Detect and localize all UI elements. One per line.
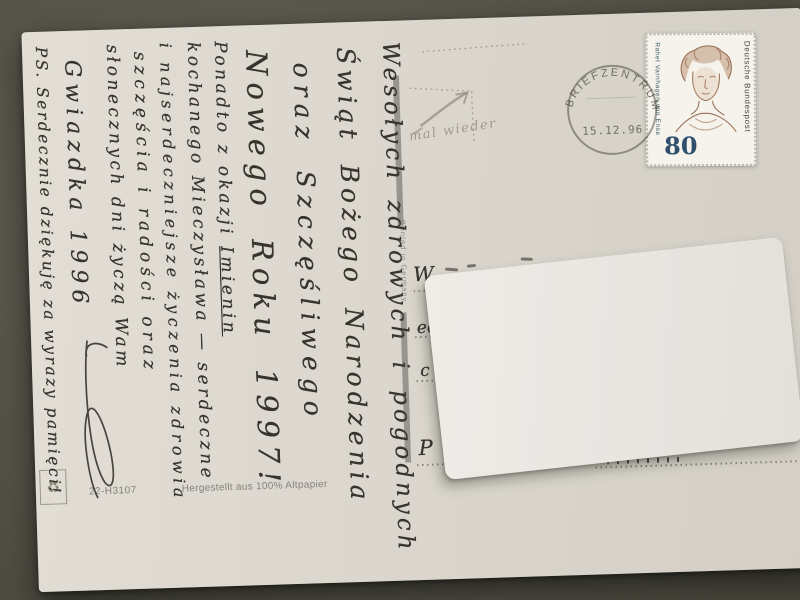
ink-mark xyxy=(521,258,533,261)
postmark-office-text: BRIEFZENTRUM xyxy=(562,65,662,116)
photo-background: Printed in Germany Wesołych zdrowych i p… xyxy=(0,0,800,600)
stamp-portrait xyxy=(666,41,744,136)
message-line-part: Ponadto z okazji xyxy=(210,41,236,238)
postmark-inner-line xyxy=(586,97,636,99)
underlined-word: Imienin xyxy=(216,246,239,337)
neck-shoulders xyxy=(676,101,737,133)
collar-strokes xyxy=(689,118,722,130)
covering-card xyxy=(424,237,800,480)
postcard: Printed in Germany Wesołych zdrowych i p… xyxy=(21,8,800,592)
postmark: BRIEFZENTRUM 15.12.96 xyxy=(554,52,669,167)
handwritten-message: Wesołych zdrowych i pogodnych Świąt Boże… xyxy=(22,35,429,587)
postmark-date: 15.12.96 xyxy=(582,123,643,138)
ink-mark xyxy=(467,264,476,267)
ink-mark xyxy=(445,268,458,271)
pencil-dotted-line xyxy=(422,43,528,51)
svg-text:BRIEFZENTRUM: BRIEFZENTRUM xyxy=(562,65,662,116)
stamp-country-label: Deutsche Bundespost xyxy=(743,41,752,133)
face-shading xyxy=(693,67,719,100)
pencil-sketch xyxy=(400,34,554,169)
